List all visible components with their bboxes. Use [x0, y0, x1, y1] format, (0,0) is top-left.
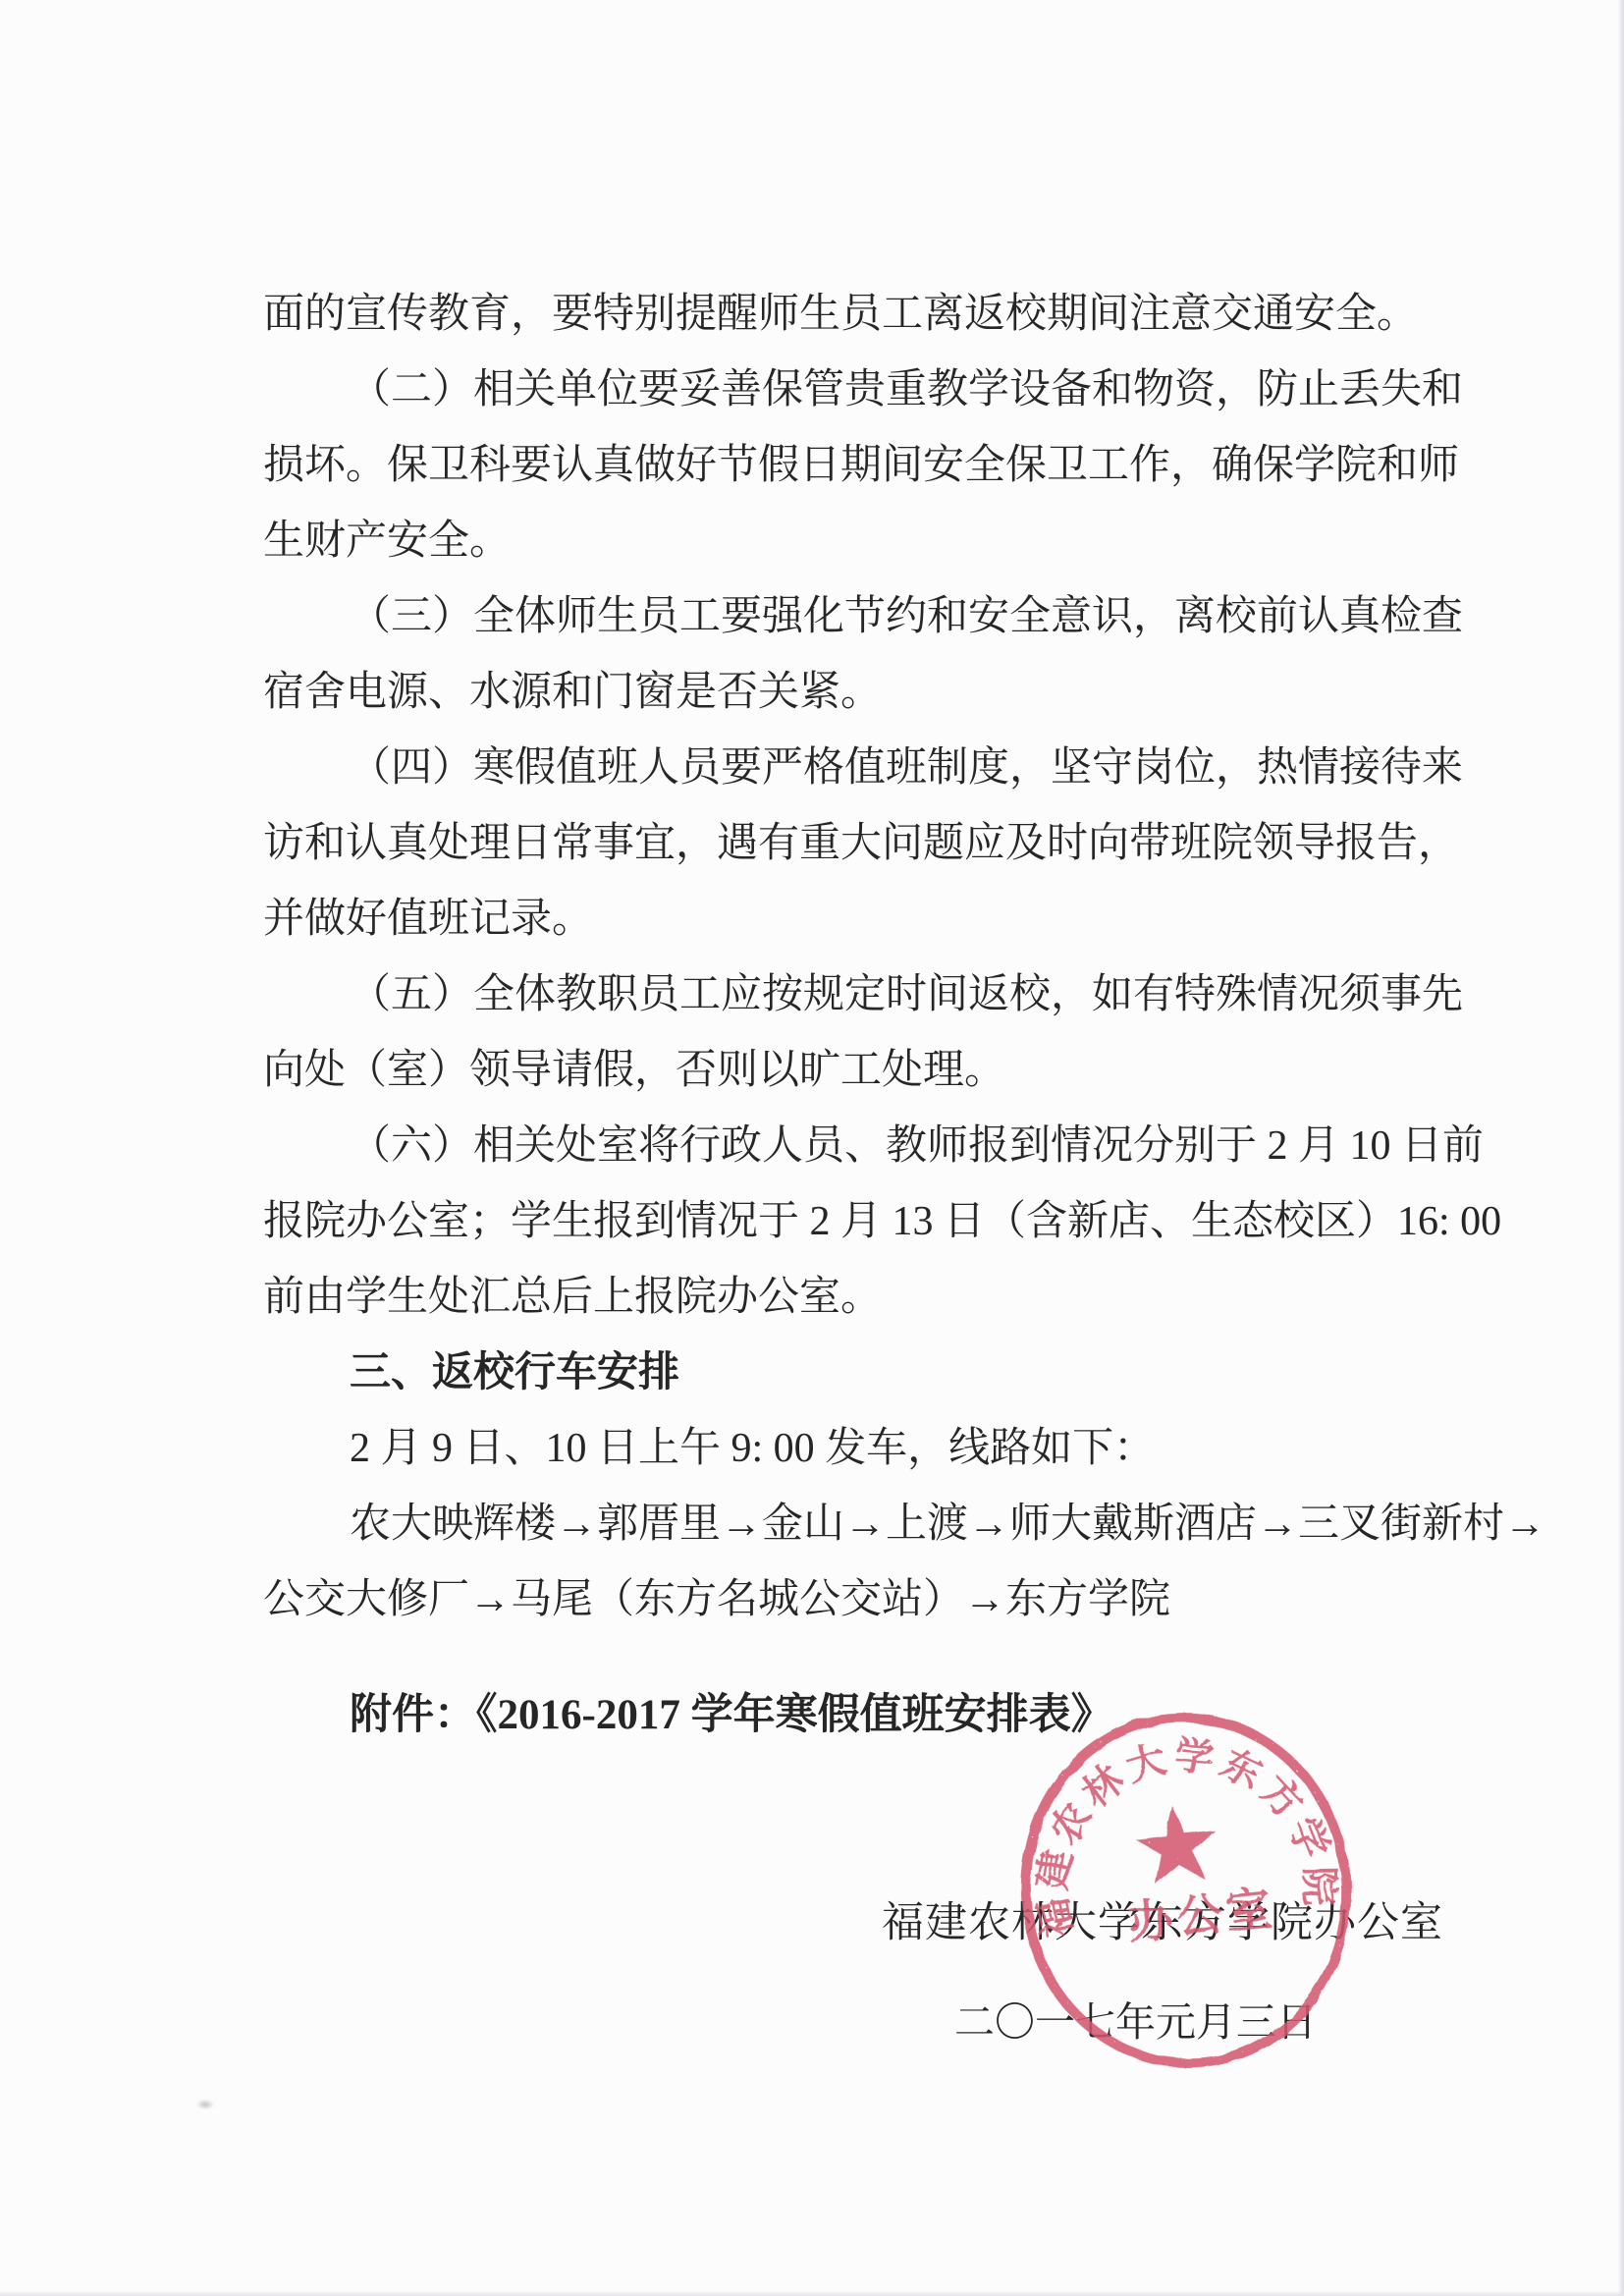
body-line: （五）全体教职员工应按规定时间返校，如有特殊情况须事先 [263, 957, 1447, 1033]
body-line: 访和认真处理日常事宜，遇有重大问题应及时向带班院领导报告， [263, 806, 1447, 882]
body-line: （四）寒假值班人员要严格值班制度，坚守岗位，热情接待来 [263, 731, 1447, 806]
body-line: 生财产安全。 [263, 504, 1447, 579]
bus-route-line: 农大映辉楼→郭厝里→金山→上渡→师大戴斯酒店→三叉街新村→ [263, 1487, 1447, 1562]
seal-office-label: 办公室 [1126, 1884, 1278, 1948]
scan-artifact [196, 2100, 214, 2109]
body-line: 损坏。保卫科要认真做好节假日期间安全保卫工作，确保学院和师 [263, 428, 1447, 504]
body-line: （六）相关处室将行政人员、教师报到情况分别于 2 月 10 日前 [263, 1109, 1447, 1184]
scan-edge-shadow [1618, 0, 1624, 2296]
document-body: 面的宣传教育，要特别提醒师生员工离返校期间注意交通安全。 （二）相关单位要妥善保… [263, 277, 1447, 1638]
official-seal: 福建农林大学东方学院 办公室 [990, 1694, 1382, 2087]
bus-route-line: 公交大修厂→马尾（东方名城公交站）→东方学院 [263, 1562, 1447, 1638]
body-line: 宿舍电源、水源和门窗是否关紧。 [263, 655, 1447, 731]
body-line: 并做好值班记录。 [263, 882, 1447, 957]
body-line: 2 月 9 日、10 日上午 9: 00 发车，线路如下： [263, 1411, 1447, 1487]
body-line: 向处（室）领导请假，否则以旷工处理。 [263, 1033, 1447, 1109]
body-line: （三）全体师生员工要强化节约和安全意识，离校前认真检查 [263, 579, 1447, 655]
body-line: 面的宣传教育，要特别提醒师生员工离返校期间注意交通安全。 [263, 277, 1447, 353]
document-page: 面的宣传教育，要特别提醒师生员工离返校期间注意交通安全。 （二）相关单位要妥善保… [0, 0, 1624, 2296]
body-line: 前由学生处汇总后上报院办公室。 [263, 1260, 1447, 1336]
star-icon [1132, 1802, 1219, 1886]
section-heading: 三、返校行车安排 [263, 1336, 1447, 1411]
scan-edge-shadow [0, 2291, 1624, 2296]
body-line: 报院办公室；学生报到情况于 2 月 13 日（含新店、生态校区）16: 00 [263, 1184, 1447, 1260]
body-line: （二）相关单位要妥善保管贵重教学设备和物资，防止丢失和 [263, 353, 1447, 428]
